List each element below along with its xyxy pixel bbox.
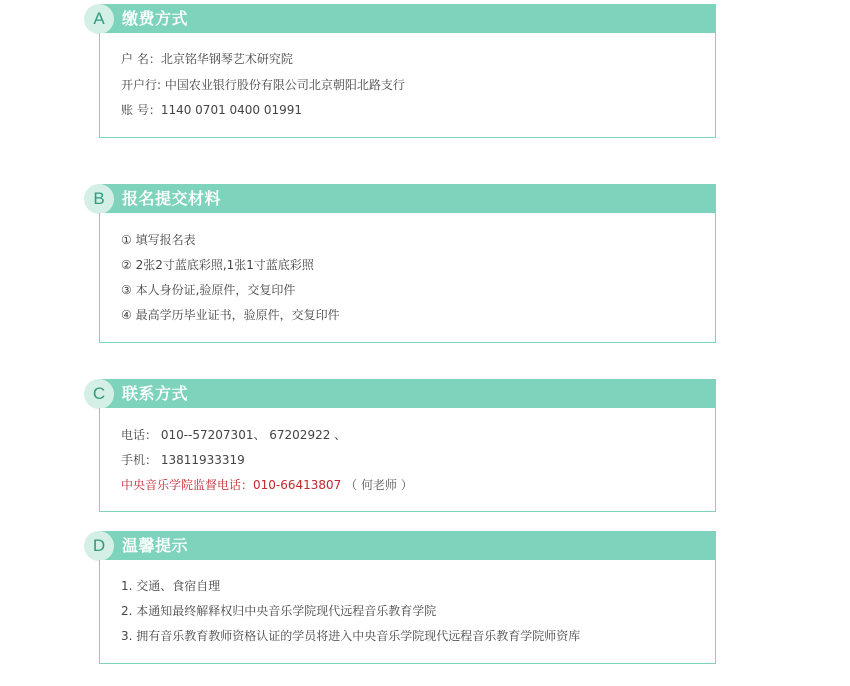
phone-numbers: 电话： 010--57207301、 67202922 、 [121, 427, 346, 443]
section-body: ① 填写报名表 ② 2张2寸蓝底彩照,1张1寸蓝底彩照 ③ 本人身份证,验原件，… [99, 213, 716, 343]
section-title: 报名提交材料 [122, 184, 221, 213]
section-materials: 报名提交材料 B ① 填写报名表 ② 2张2寸蓝底彩照,1张1寸蓝底彩照 ③ 本… [84, 184, 716, 343]
account-number: 账 号：1140 0701 0400 01991 [121, 102, 302, 118]
section-tips: 温馨提示 D 1. 交通、食宿自理 2. 本通知最终解释权归中央音乐学院现代远程… [84, 531, 716, 664]
section-contact: 联系方式 C 电话： 010--57207301、 67202922 、 手机：… [84, 379, 716, 512]
section-badge: A [84, 4, 114, 34]
section-header: 缴费方式 [99, 4, 716, 33]
list-item: ① 填写报名表 [121, 232, 196, 248]
supervision-phone-label: 中央音乐学院监督电话：010-66413807 [121, 478, 341, 492]
supervision-phone: 中央音乐学院监督电话：010-66413807 （ 何老师 ） [121, 477, 413, 493]
section-badge: B [84, 184, 114, 214]
section-title: 温馨提示 [122, 531, 188, 560]
list-item: ③ 本人身份证,验原件，交复印件 [121, 282, 295, 298]
section-badge: C [84, 379, 114, 409]
section-body: 户 名：北京铭华钢琴艺术研究院 开户行: 中国农业银行股份有限公司北京朝阳北路支… [99, 33, 716, 138]
section-badge: D [84, 531, 114, 561]
list-item: 2. 本通知最终解释权归中央音乐学院现代远程音乐教育学院 [121, 603, 436, 619]
section-body: 电话： 010--57207301、 67202922 、 手机： 138119… [99, 408, 716, 512]
list-item: 1. 交通、食宿自理 [121, 578, 220, 594]
section-body: 1. 交通、食宿自理 2. 本通知最终解释权归中央音乐学院现代远程音乐教育学院 … [99, 560, 716, 664]
section-payment: 缴费方式 A 户 名：北京铭华钢琴艺术研究院 开户行: 中国农业银行股份有限公司… [84, 4, 716, 138]
list-item: ④ 最高学历毕业证书，验原件，交复印件 [121, 307, 340, 323]
section-header: 报名提交材料 [99, 184, 716, 213]
supervision-contact: （ 何老师 ） [341, 478, 412, 492]
section-title: 联系方式 [122, 379, 188, 408]
section-header: 联系方式 [99, 379, 716, 408]
list-item: 3. 拥有音乐教育教师资格认证的学员将进入中央音乐学院现代远程音乐教育学院师资库 [121, 628, 580, 644]
account-name: 户 名：北京铭华钢琴艺术研究院 [121, 51, 293, 67]
section-title: 缴费方式 [122, 4, 188, 33]
list-item: ② 2张2寸蓝底彩照,1张1寸蓝底彩照 [121, 257, 314, 273]
bank-name: 开户行: 中国农业银行股份有限公司北京朝阳北路支行 [121, 77, 405, 93]
mobile-number: 手机： 13811933319 [121, 452, 245, 468]
section-header: 温馨提示 [99, 531, 716, 560]
